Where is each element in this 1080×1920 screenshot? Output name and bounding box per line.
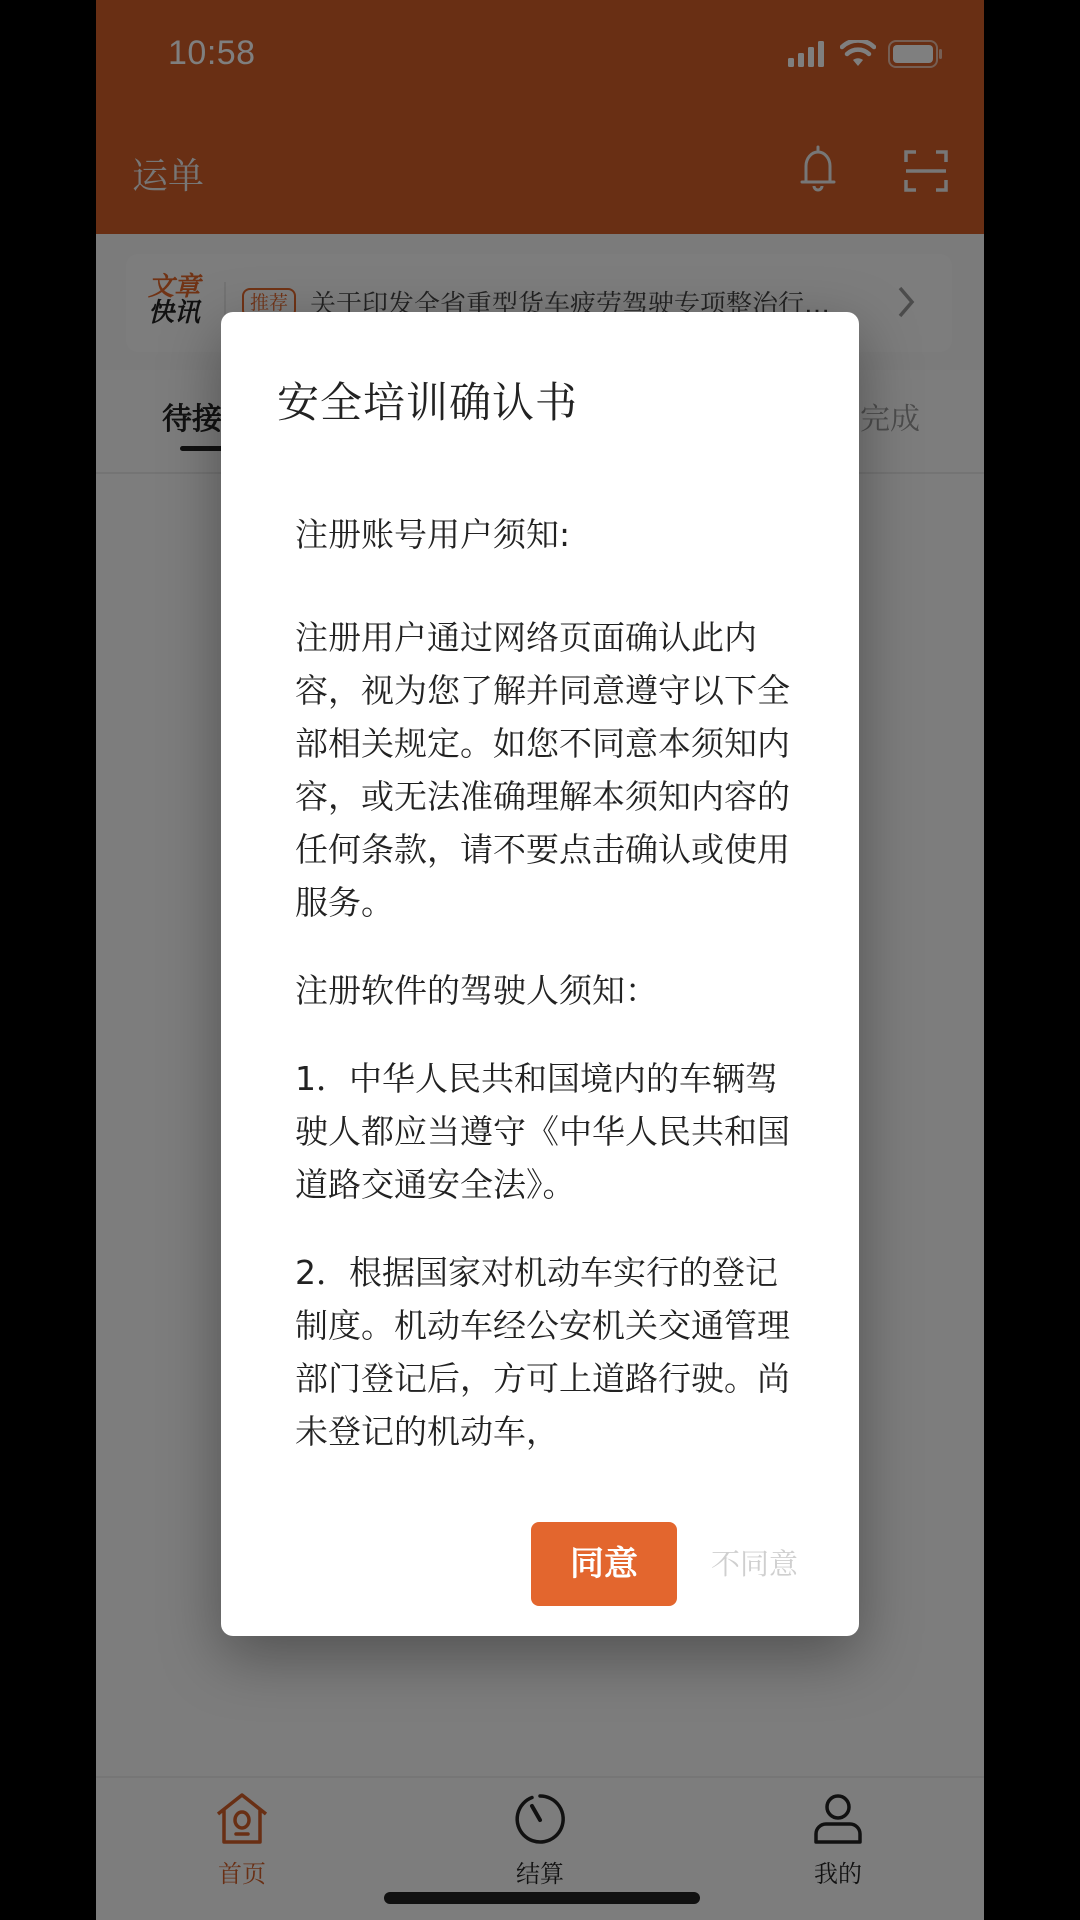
dialog-paragraph: 2．根据国家对机动车实行的登记制度。机动车经公安机关交通管理部门登记后，方可上道… <box>295 1246 795 1458</box>
dialog-paragraph: 1．中华人民共和国境内的车辆驾驶人都应当遵守《中华人民共和国道路交通安全法》。 <box>295 1052 795 1211</box>
dialog-paragraph: 注册用户通过网络页面确认此内容，视为您了解并同意遵守以下全部相关规定。如您不同意… <box>295 611 795 929</box>
dialog-paragraph: 注册账号用户须知: <box>295 508 795 561</box>
safety-training-dialog: 安全培训确认书 注册账号用户须知: 注册用户通过网络页面确认此内容，视为您了解并… <box>221 312 859 1636</box>
disagree-button[interactable]: 不同意 <box>711 1542 798 1583</box>
phone-screen: 10:58 运单 <box>96 0 984 1920</box>
dialog-body-clip: 注册账号用户须知: 注册用户通过网络页面确认此内容，视为您了解并同意遵守以下全部… <box>221 312 859 1472</box>
agree-button[interactable]: 同意 <box>531 1522 677 1606</box>
home-indicator <box>384 1892 700 1904</box>
dialog-body[interactable]: 注册账号用户须知: 注册用户通过网络页面确认此内容，视为您了解并同意遵守以下全部… <box>295 508 795 1472</box>
dialog-paragraph: 注册软件的驾驶人须知： <box>295 964 795 1017</box>
